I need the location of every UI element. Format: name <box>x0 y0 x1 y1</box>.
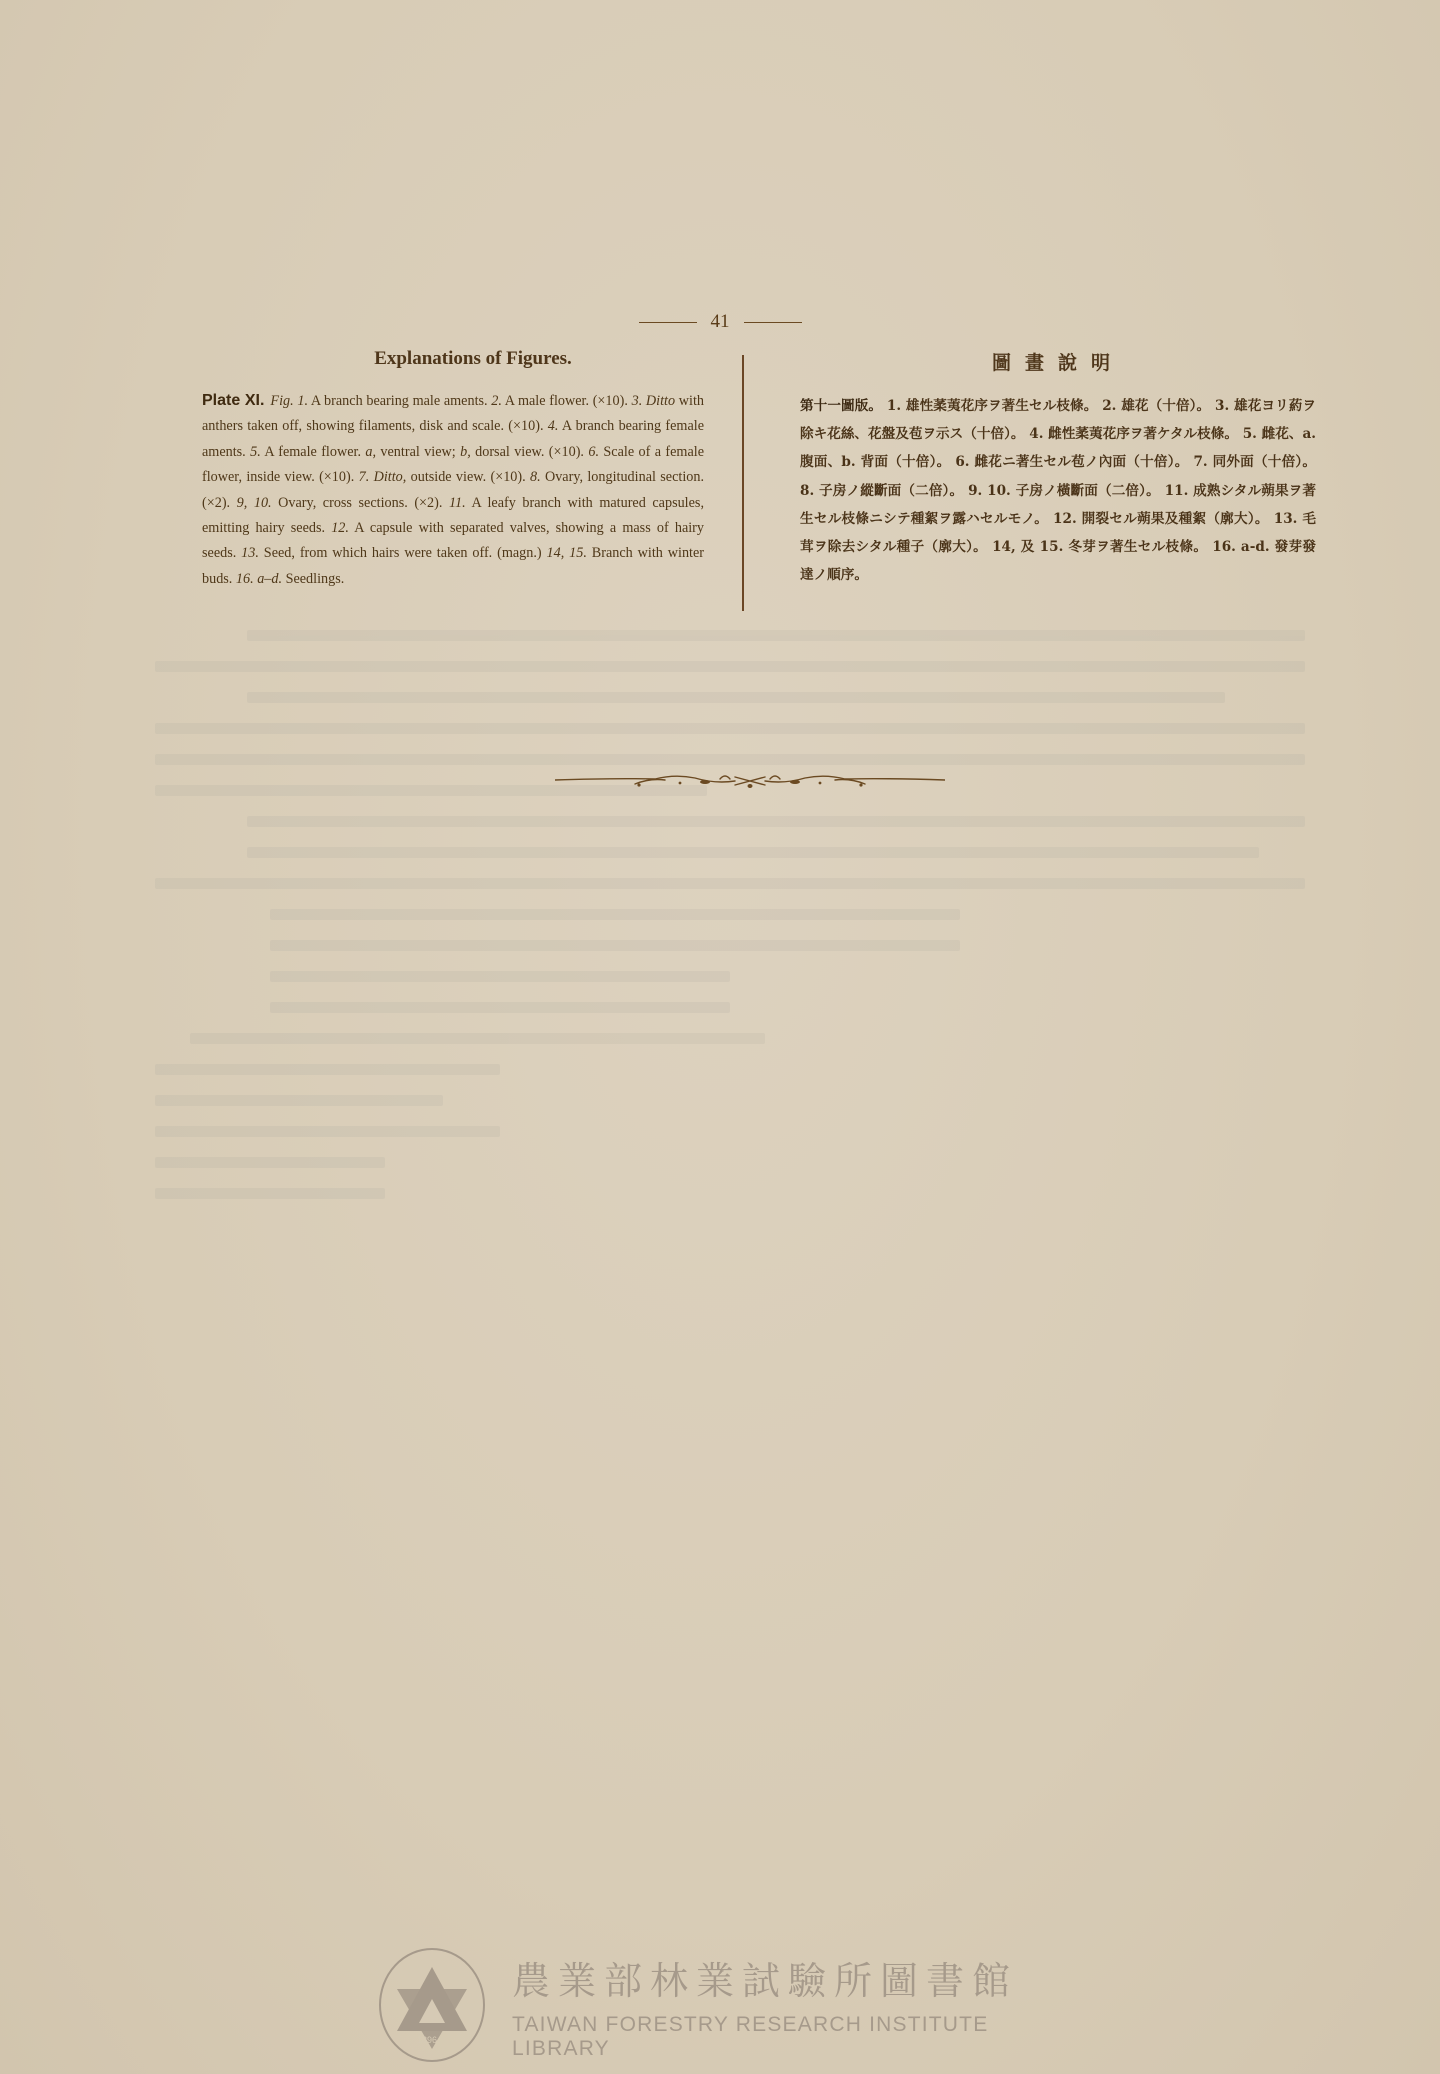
rule-left <box>639 322 697 323</box>
page-number: 41 <box>0 311 1440 333</box>
plate-label: Plate XI. <box>202 392 264 409</box>
japanese-heading: 圖畫說明 <box>800 348 1316 375</box>
plate-label-jp: 第十一圖版。 <box>800 398 882 414</box>
english-heading: Explanations of Figures. <box>202 348 704 370</box>
svg-text:1896: 1896 <box>417 2035 437 2045</box>
institute-logo-icon: 1896 <box>375 1945 490 2065</box>
japanese-plate-text: 第十一圖版。 1. 雄性葇荑花序ヲ著生セル枝條。 2. 雄花（十倍）。 3. 雄… <box>800 392 1316 589</box>
library-watermark: 1896 農業部林業試驗所圖書館 TAIWAN FORESTRY RESEARC… <box>375 1945 1075 2065</box>
japanese-explanations: 圖畫說明 第十一圖版。 1. 雄性葇荑花序ヲ著生セル枝條。 2. 雄花（十倍）。… <box>800 348 1316 589</box>
english-explanations: Explanations of Figures. Plate XI.Fig. 1… <box>202 348 704 592</box>
ornament-divider <box>555 770 945 794</box>
library-name-en: TAIWAN FORESTRY RESEARCH INSTITUTE LIBRA… <box>512 2013 1075 2061</box>
page-number-text: 41 <box>711 311 730 333</box>
japanese-body: 1. 雄性葇荑花序ヲ著生セル枝條。 2. 雄花（十倍）。 3. 雄花ヨリ葯ヲ除キ… <box>800 398 1316 583</box>
english-body: Fig. 1. A branch bearing male aments. 2.… <box>202 393 704 587</box>
rule-right <box>744 322 802 323</box>
english-plate-text: Plate XI.Fig. 1. A branch bearing male a… <box>202 388 704 592</box>
bleed-through-text <box>155 630 1305 1310</box>
column-divider <box>742 355 744 611</box>
library-name-cn: 農業部林業試驗所圖書館 <box>512 1950 1075 2005</box>
